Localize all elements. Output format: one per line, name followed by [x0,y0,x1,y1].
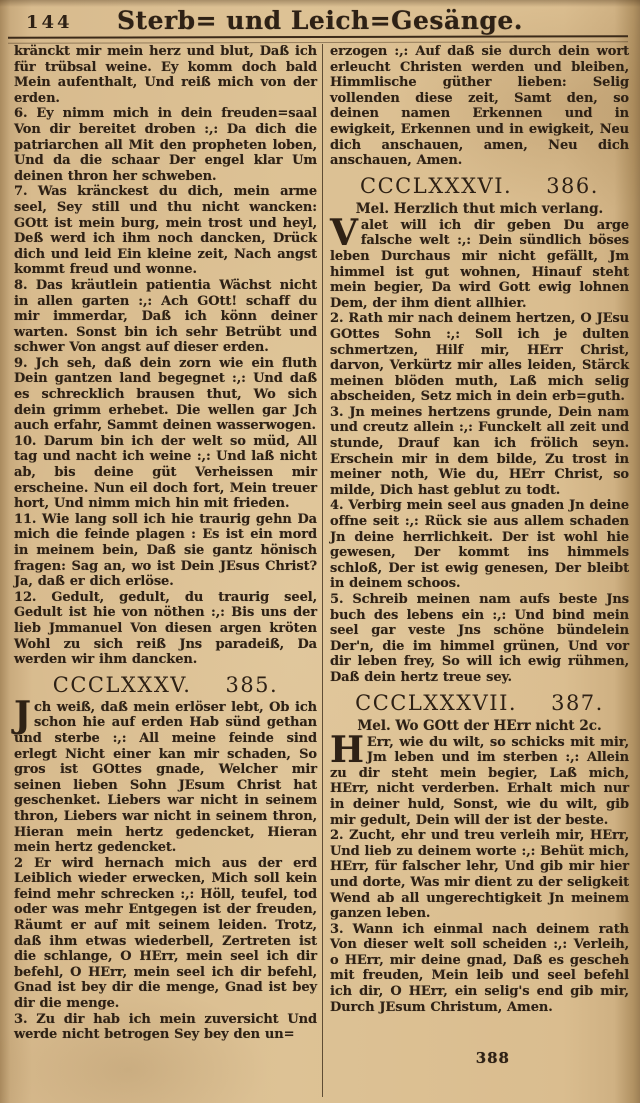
hymn-roman-numeral: CCCLXXXVII. [355,690,517,716]
left-column: kränckt mir mein herz und blut, Daß ich … [10,44,322,1097]
right-column: erzogen :,: Auf daß sie durch dein wort … [322,44,634,1097]
text-columns: kränckt mir mein herz und blut, Daß ich … [10,44,634,1097]
verse-paragraph: 7. Was kränckest du dich, mein arme seel… [14,184,317,278]
verse-paragraph: 2 Er wird hernach mich aus der erd Leibl… [14,856,317,1012]
hymn-heading: CCCLXXXV.385. [14,672,317,698]
verse-paragraph: 3. Zu dir hab ich mein zuversicht Und we… [14,1012,317,1043]
verse-paragraph: 10. Darum bin ich der welt so müd, All t… [14,434,317,512]
melody-line: Mel. Herzlich thut mich verlang. [330,201,629,218]
hymn-roman-numeral: CCCLXXXV. [53,672,192,698]
hymn-arabic-number: 386. [546,173,599,199]
hymn-heading: CCCLXXXVI.386. [330,173,629,199]
verse-paragraph: 11. Wie lang soll ich hie traurig gehn D… [14,512,317,590]
verse-paragraph: 3. Jn meines hertzens grunde, Dein nam u… [330,405,629,499]
verse-paragraph: 8. Das kräutlein patientia Wächst nicht … [14,278,317,356]
drop-cap: V [330,218,361,248]
hymn-opening-paragraph: HErr, wie du wilt, so schicks mit mir, J… [330,735,629,829]
verse-paragraph: 6. Ey nimm mich in dein freuden=saal Von… [14,106,317,184]
verse-paragraph: 2. Zucht, ehr und treu verleih mir, HErr… [330,828,629,922]
hymn-opening-paragraph: Jch weiß, daß mein erlöser lebt, Ob ich … [14,700,317,856]
verse-paragraph: 9. Jch seh, daß dein zorn wie ein fluth … [14,356,317,434]
book-page: 144 Sterb= und Leich=Gesänge. kränckt mi… [0,0,640,1103]
hymn-roman-numeral: CCCLXXXVI. [360,173,512,199]
verse-paragraph: 12. Gedult, gedult, du traurig seel, Ged… [14,590,317,668]
drop-cap: H [330,735,367,765]
verse-paragraph: 4. Verbirg mein seel aus gnaden Jn deine… [330,498,629,592]
header-rule [8,35,628,44]
verse-paragraph: 5. Schreib meinen nam aufs beste Jns buc… [330,592,629,686]
hymn-arabic-number: 385. [225,672,278,698]
melody-line: Mel. Wo GOtt der HErr nicht 2c. [330,718,629,735]
hymn-arabic-number: 387. [551,690,604,716]
drop-cap: J [14,700,34,730]
catchword: 388 [476,1049,510,1067]
continuation-paragraph: kränckt mir mein herz und blut, Daß ich … [14,44,317,106]
verse-paragraph: 3. Wann ich einmal nach deinem rath Von … [330,922,629,1016]
section-title: Sterb= und Leich=Gesänge. [60,6,580,35]
hymn-heading: CCCLXXXVII.387. [330,690,629,716]
verse-paragraph: 2. Rath mir nach deinem hertzen, O JEsu … [330,311,629,405]
continuation-paragraph: erzogen :,: Auf daß sie durch dein wort … [330,44,629,169]
hymn-opening-paragraph: Valet will ich dir geben Du arge falsche… [330,218,629,312]
